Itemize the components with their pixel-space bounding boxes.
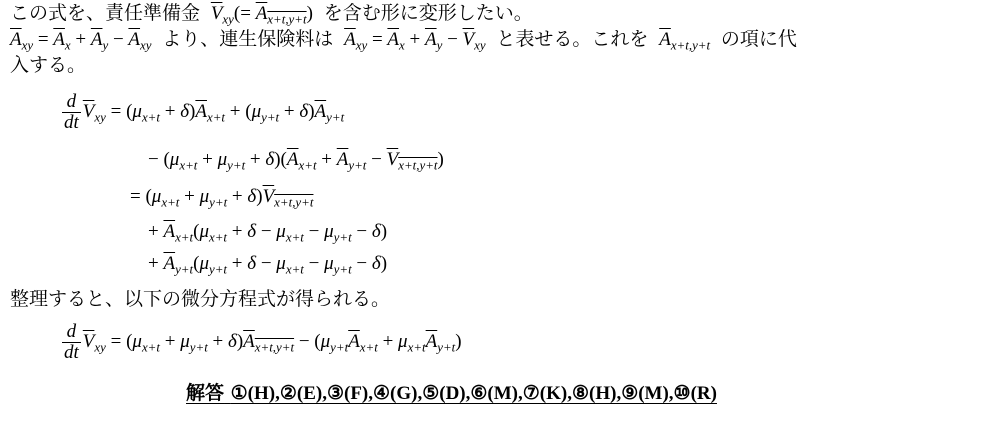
reserve-formula: Vxy(= Ax+t,y+t) [206,3,318,24]
paragraph-line-1: この式を、責任準備金 Vxy(= Ax+t,y+t) を含む形に変形したい。 [10,4,533,23]
intro-tail: を含む形に変形したい。 [324,2,533,24]
answer-line: 解答 ①(H),②(E),③(F),④(G),⑤(D),⑥(M),⑦(K),⑧(… [186,384,717,403]
equation1-row-3: = (μx+t + μy+t + δ)Vx+t,y+t [130,187,313,206]
joint-annuity-formula: Axy = Ax + Ay − Axy [10,29,156,50]
derivative-fraction: ddt [62,322,81,363]
paragraph-line-2: Axy = Ax + Ay − Axy より、連生保険料は Axy = Ax +… [10,30,797,49]
substitute-text: の項に代 [721,28,797,50]
equation1-row-2: − (μx+t + μy+t + δ)(Ax+t + Ay+t − Vx+t,y… [148,150,444,169]
equation1-row-4: + Ax+t(μx+t + δ − μx+t − μy+t − δ) [148,222,387,241]
expression-text: と表せる。これを [496,28,648,50]
answer-label: 解答 [186,382,224,404]
equation2: ddtVxy = (μx+t + μy+t + δ)Ax+t,y+t − (μy… [62,322,462,363]
term-formula: Ax+t,y+t [654,29,714,50]
derivative-fraction: ddt [62,92,81,133]
equation1-row-5: + Ay+t(μy+t + δ − μx+t − μy+t − δ) [148,254,387,273]
premium-text: より、連生保険料は [162,28,333,50]
equation1-row-1: ddtVxy = (μx+t + δ)Ax+t + (μy+t + δ)Ay+t [62,92,344,133]
answer-items: ①(H),②(E),③(F),④(G),⑤(D),⑥(M),⑦(K),⑧(H),… [231,383,717,404]
paragraph-line-3: 入する。 [10,56,86,75]
premium-formula: Axy = Ax + Ay − Vxy [339,29,490,50]
summary-text: 整理すると、以下の微分方程式が得られる。 [10,290,390,309]
intro-text: この式を、責任準備金 [10,2,200,24]
